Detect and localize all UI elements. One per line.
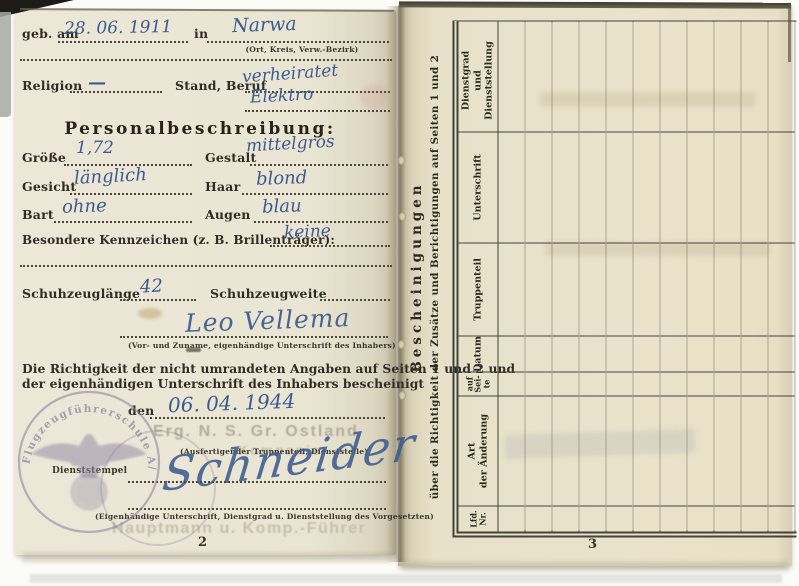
table-cell-empty [715, 132, 741, 243]
table-cell-empty [499, 506, 525, 532]
table-cell-empty [661, 243, 687, 336]
table-cell-empty [715, 372, 741, 396]
table-cell-empty [499, 243, 525, 336]
dotted-line [250, 164, 388, 166]
table-row [688, 22, 715, 532]
dotted-line [320, 299, 390, 301]
table-cell-empty [769, 506, 795, 532]
table-cell-empty [499, 336, 525, 372]
table-cell-empty [580, 336, 606, 372]
dotted-line [270, 245, 390, 247]
table-header-art-der-aenderung: Art der Änderung [459, 396, 498, 506]
table-cell-empty [526, 243, 552, 336]
birth-date-value: 28. 06. 1911 [64, 17, 172, 39]
height-value: 1,72 [76, 138, 114, 158]
binding-stitch [399, 391, 406, 400]
ink-mark [186, 348, 201, 352]
table-cell-empty [769, 243, 795, 336]
table-cell-empty [742, 132, 768, 243]
height-label: Größe [22, 150, 66, 165]
table-cell-empty [661, 372, 687, 396]
page-bottom-shadow [22, 553, 392, 562]
table-header-datum: Datum [459, 336, 498, 372]
table-rows [499, 22, 796, 532]
table-cell-empty [499, 132, 525, 243]
table-cell-empty [607, 132, 633, 243]
table-cell-empty [526, 506, 552, 532]
dotted-line [54, 221, 192, 223]
table-cell-empty [526, 336, 552, 372]
distinguishing-marks-value: keine [284, 221, 331, 243]
dotted-line [242, 193, 388, 195]
dotted-line [120, 336, 388, 338]
table-header-unterschrift: Unterschrift [459, 132, 498, 243]
table-header-lfd-nr: Lfd. Nr. [459, 506, 498, 532]
table-cell-empty [607, 336, 633, 372]
religion-value: — [88, 72, 106, 93]
table-cell-empty [742, 336, 768, 372]
table-header-truppenteil: Truppenteil [459, 243, 498, 336]
dotted-line [120, 299, 196, 301]
soldbuch-scan: geb. am 28. 06. 1911 in Narwa (Ort, Krei… [0, 0, 799, 586]
table-cell-empty [742, 506, 768, 532]
cover-bottom-edge [30, 574, 782, 583]
birth-place-caption: (Ort, Kreis, Verw.-Bezirk) [214, 45, 390, 54]
table-header-dienstgrad: Dienstgrad und Dienststellung [459, 30, 498, 132]
owner-signature-caption: (Vor- und Zuname, eigenhändige Unterschr… [128, 341, 390, 350]
certifications-subtitle: über die Richtigkeit der Zusätze und Ber… [429, 27, 441, 527]
table-cell-empty [742, 243, 768, 336]
paper-stain [138, 308, 162, 319]
table-cell-empty [661, 396, 687, 506]
table-cell-empty [634, 336, 660, 372]
table-cell-empty [661, 132, 687, 243]
table-cell-empty [580, 243, 606, 336]
table-row [634, 22, 661, 532]
table-cell-empty [607, 372, 633, 396]
table-cell-empty [526, 372, 552, 396]
table-cell-empty [742, 396, 768, 506]
occupation-value: Elektro [250, 84, 314, 107]
page-number-right: 3 [588, 537, 597, 552]
table-cell-empty [607, 243, 633, 336]
table-cell-empty [661, 336, 687, 372]
table-row [607, 22, 634, 532]
table-cell-empty [688, 396, 714, 506]
table-cell-empty [769, 372, 795, 396]
table-cell-empty [688, 372, 714, 396]
table-cell-empty [553, 30, 579, 132]
table-cell-empty [634, 132, 660, 243]
table-cell-empty [526, 132, 552, 243]
face-value: länglich [74, 164, 148, 189]
table-cell-empty [607, 396, 633, 506]
table-cell-empty [688, 243, 714, 336]
cover-edge-strip [0, 12, 11, 117]
certifications-title-block: Bescheinigungen über die Richtigkeit der… [409, 27, 455, 527]
table-cell-empty [661, 30, 687, 132]
table-cell-empty [715, 243, 741, 336]
owner-signature: Leo Vellema [185, 303, 351, 338]
dotted-line [207, 41, 389, 43]
beard-label: Bart [22, 207, 54, 222]
table-cell-empty [526, 30, 552, 132]
eyes-value: blau [262, 195, 302, 217]
table-cell-empty [607, 506, 633, 532]
table-cell-empty [634, 506, 660, 532]
ink-smudge [360, 84, 388, 110]
table-cell-empty [553, 243, 579, 336]
table-cell-empty [553, 396, 579, 506]
table-row [769, 22, 796, 532]
table-cell-empty [742, 372, 768, 396]
table-cell-empty [688, 506, 714, 532]
faint-stamp-ring [100, 430, 216, 546]
certifications-table: Lfd. Nr. Art der Änderung auf Sei- te Da… [453, 21, 797, 538]
table-header-auf-seite: auf Sei- te [459, 372, 498, 396]
dotted-line [70, 91, 162, 93]
dotted-line [150, 417, 385, 419]
table-header-row: Lfd. Nr. Art der Änderung auf Sei- te Da… [459, 22, 499, 532]
table-cell-empty [580, 30, 606, 132]
dotted-line [58, 41, 188, 43]
birth-place-label: in [194, 26, 208, 41]
table-cell-empty [634, 243, 660, 336]
page-bottom-shadow [402, 562, 788, 571]
table-cell-empty [634, 372, 660, 396]
hair-value: blond [256, 167, 308, 190]
table-cell-empty [580, 132, 606, 243]
table-cell-empty [769, 132, 795, 243]
table-cell-empty [715, 30, 741, 132]
binding-stitch [399, 212, 406, 221]
table-cell-empty [688, 336, 714, 372]
table-cell-empty [499, 372, 525, 396]
table-cell-empty [580, 372, 606, 396]
table-row [553, 22, 580, 532]
table-cell-empty [553, 336, 579, 372]
certifications-title: Bescheinigungen [409, 27, 425, 527]
table-cell-empty [553, 372, 579, 396]
table-row [715, 22, 742, 532]
table-cell-empty [580, 506, 606, 532]
dotted-line [20, 265, 392, 267]
page-number-left: 2 [198, 535, 207, 550]
dotted-line [245, 110, 390, 112]
table-cell-empty [688, 132, 714, 243]
shoe-length-value: 42 [139, 275, 163, 297]
table-cell-empty [634, 30, 660, 132]
certification-date-value: 06. 04. 1944 [168, 389, 296, 417]
dotted-line [70, 193, 192, 195]
table-cell-empty [742, 30, 768, 132]
table-cell-empty [769, 30, 795, 132]
table-cell-empty [715, 506, 741, 532]
table-cell-empty [553, 506, 579, 532]
birth-place-value: Narwa [232, 13, 297, 37]
table-cell-empty [661, 506, 687, 532]
table-cell-empty [715, 396, 741, 506]
table-cell-empty [634, 396, 660, 506]
table-cell-empty [769, 336, 795, 372]
beard-value: ohne [62, 195, 107, 218]
table-cell-empty [607, 30, 633, 132]
table-cell-empty [526, 396, 552, 506]
eyes-label: Augen [205, 207, 251, 222]
table-cell-empty [499, 30, 525, 132]
table-cell-empty [715, 336, 741, 372]
table-row [499, 22, 526, 532]
table-row [661, 22, 688, 532]
face-label: Gesicht [22, 179, 76, 194]
table-cell-empty [499, 396, 525, 506]
table-cell-empty [688, 30, 714, 132]
table-cell-empty [580, 396, 606, 506]
table-row [742, 22, 769, 532]
shoe-width-label: Schuhzeugweite [210, 286, 327, 301]
binding-stitch [398, 156, 405, 165]
table-cell-empty [769, 396, 795, 506]
table-cell-empty [553, 132, 579, 243]
binding-stitch [398, 340, 405, 349]
table-row [580, 22, 607, 532]
table-row [526, 22, 553, 532]
hair-label: Haar [205, 179, 240, 194]
